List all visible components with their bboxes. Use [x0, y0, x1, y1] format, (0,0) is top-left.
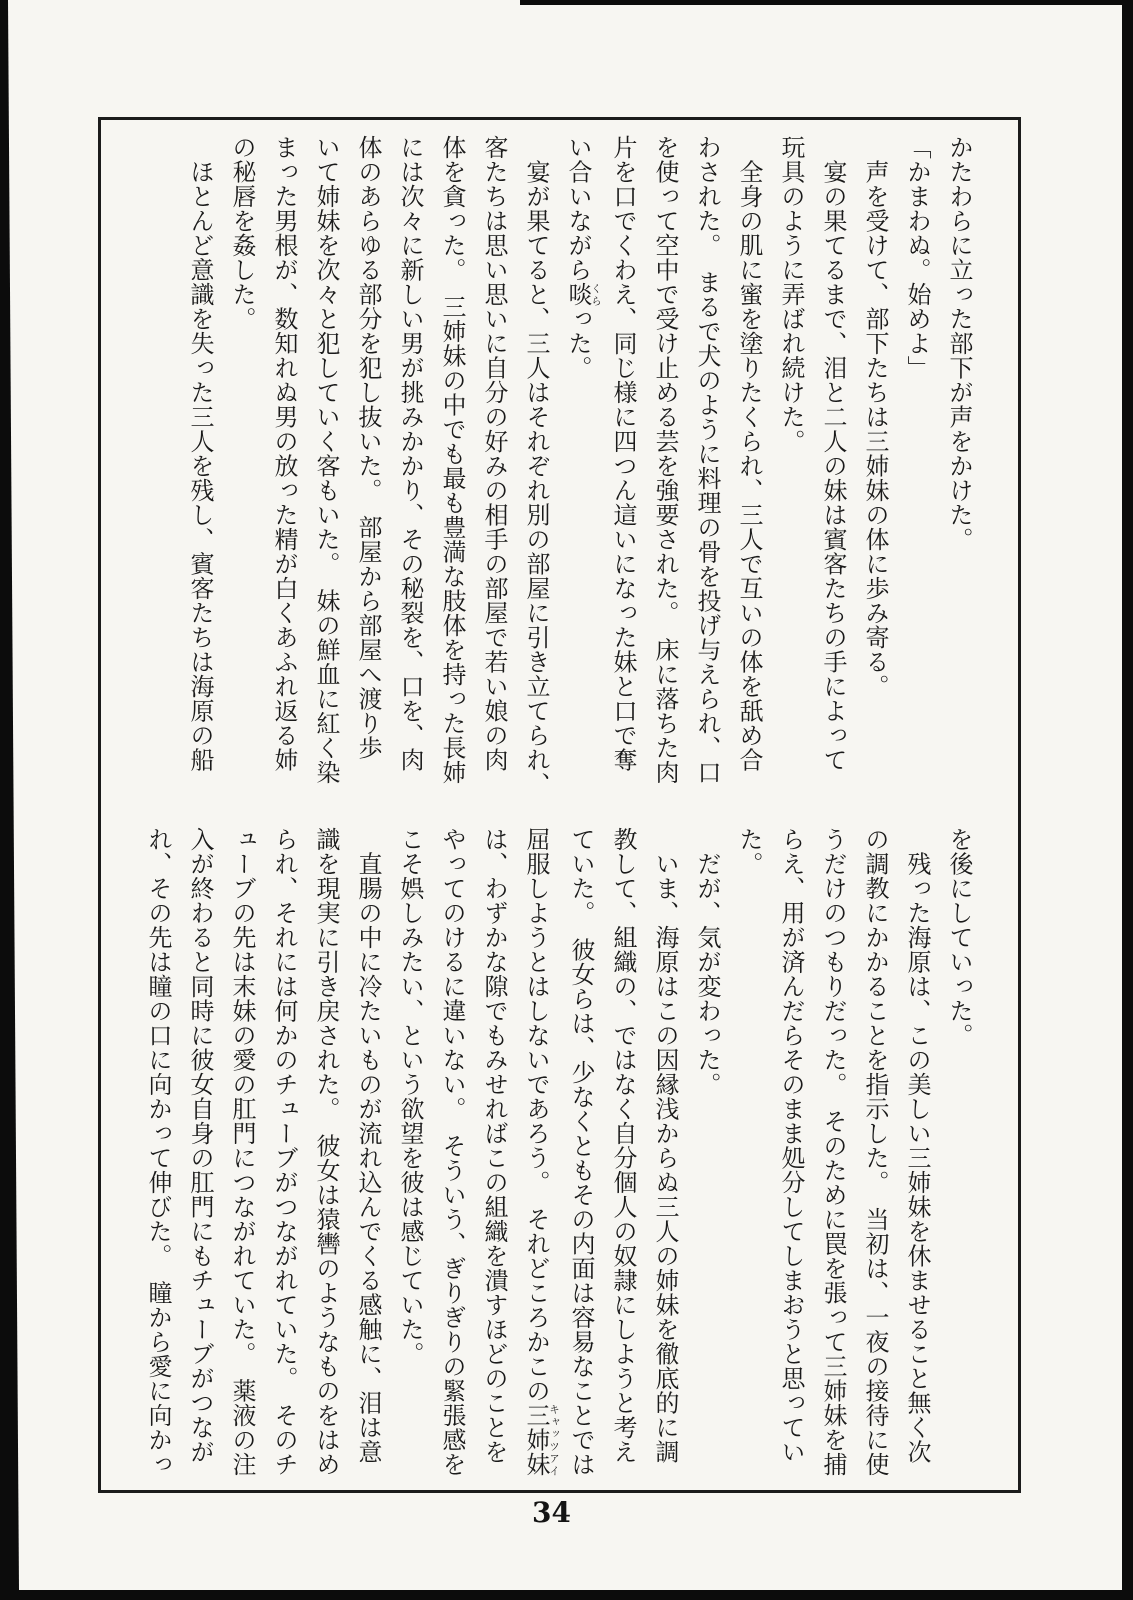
page-number: 34 [90, 1496, 1013, 1529]
text-column: 残った海原は、この美しい三姉妹を休ませること無く次 [896, 827, 938, 1492]
text-column: まった男根が、数知れぬ男の放った精が白くあふれ返る姉 [263, 135, 305, 800]
text-block-lower: を後にしていった。 残った海原は、この美しい三姉妹を休ませること無く次の調教にか… [137, 827, 980, 1492]
text-column: ほとんど意識を失った三人を残し、賓客たちは海原の船 [179, 135, 221, 800]
text-column: 教して、組織の、ではなく自分個人の奴隷にしようと考え [602, 827, 644, 1492]
text-column: 「かまわぬ。始めよ」 [896, 135, 938, 800]
text-column: かたわらに立った部下が声をかけた。 [938, 135, 980, 800]
text-column: うだけのつもりだった。 そのために罠を張って三姉妹を捕 [812, 827, 854, 1492]
text-column: は、わずかな隙でもみせればこの組織を潰すほどのことを [473, 827, 515, 1492]
text-column: ューブの先は末妹の愛の肛門につながれていた。 薬液の注 [221, 827, 263, 1492]
text-column: いて姉妹を次々と犯していく客もいた。 妹の鮮血に紅く染 [305, 135, 347, 800]
text-border-frame: かたわらに立った部下が声をかけた。「かまわぬ。始めよ」 声を受けて、部下たちは三… [98, 117, 1021, 1493]
text-column: れ、その先は瞳の口に向かって伸びた。 瞳から愛に向かっ [137, 827, 179, 1492]
text-column: 宴の果てるまで、泪と二人の妹は賓客たちの手によって [812, 135, 854, 800]
text-column: の秘唇を姦した。 [221, 135, 263, 800]
text-column: を後にしていった。 [938, 827, 980, 1492]
ruby-annotated-text: 三姉妹キャッツアイ [522, 1403, 550, 1477]
text-column: い合いながら啖くらった。 [557, 135, 602, 800]
text-column: ていた。 彼女らは、少なくともその内面は容易なことでは [560, 827, 602, 1492]
ruby-annotated-text: 啖くら [564, 282, 592, 307]
text-column: こそ娯しみたい、という欲望を彼は感じていた。 [389, 827, 431, 1492]
text-column: やってのけるに違いない。 そういう、ぎりぎりの緊張感を [431, 827, 473, 1492]
text-column: わされた。 まるで犬のように料理の骨を投げ与えられ、口 [686, 135, 728, 800]
scan-edge-top [520, 0, 1133, 5]
text-column: の調教にかかることを指示した。 当初は、一夜の接待に使 [854, 827, 896, 1492]
text-column: 体を貪った。 三姉妹の中でも最も豊満な肢体を持った長姉 [431, 135, 473, 800]
scan-view: { "page_number": "34", "colors": { "scan… [0, 0, 1133, 1600]
text-column: らえ、用が済んだらそのまま処分してしまおうと思ってい [770, 827, 812, 1492]
text-column: を使って空中で受け止める芸を強要された。 床に落ちた肉 [644, 135, 686, 800]
text-column: 全身の肌に蜜を塗りたくられ、三人で互いの体を舐め合 [728, 135, 770, 800]
text-column: 体のあらゆる部分を犯し抜いた。 部屋から部屋へ渡り歩 [347, 135, 389, 800]
text-column: 屈服しようとはしないであろう。 それどころかこの三姉妹キャッツアイ [515, 827, 560, 1492]
text-column: 声を受けて、部下たちは三姉妹の体に歩み寄る。 [854, 135, 896, 800]
text-column: た。 [728, 827, 770, 1492]
text-column: 客たちは思い思いに自分の好みの相手の部屋で若い娘の肉 [473, 135, 515, 800]
text-column: いま、海原はこの因縁浅からぬ三人の姉妹を徹底的に調 [644, 827, 686, 1492]
text-column: には次々に新しい男が挑みかかり、その秘裂を、口を、肉 [389, 135, 431, 800]
text-block-upper: かたわらに立った部下が声をかけた。「かまわぬ。始めよ」 声を受けて、部下たちは三… [179, 135, 980, 800]
text-column: だが、気が変わった。 [686, 827, 728, 1492]
scanned-page: かたわらに立った部下が声をかけた。「かまわぬ。始めよ」 声を受けて、部下たちは三… [8, 0, 1122, 1590]
text-column: 片を口でくわえ、同じ様に四つん這いになった妹と口で奪 [602, 135, 644, 800]
text-column: られ、それには何かのチューブがつながれていた。 そのチ [263, 827, 305, 1492]
text-column: 宴が果てると、三人はそれぞれ別の部屋に引き立てられ、 [515, 135, 557, 800]
text-column: 入が終わると同時に彼女自身の肛門にもチューブがつなが [179, 827, 221, 1492]
text-column: 玩具のように弄ばれ続けた。 [770, 135, 812, 800]
text-column: 識を現実に引き戻された。 彼女は猿轡のようなものをはめ [305, 827, 347, 1492]
text-column: 直腸の中に冷たいものが流れ込んでくる感触に、泪は意 [347, 827, 389, 1492]
